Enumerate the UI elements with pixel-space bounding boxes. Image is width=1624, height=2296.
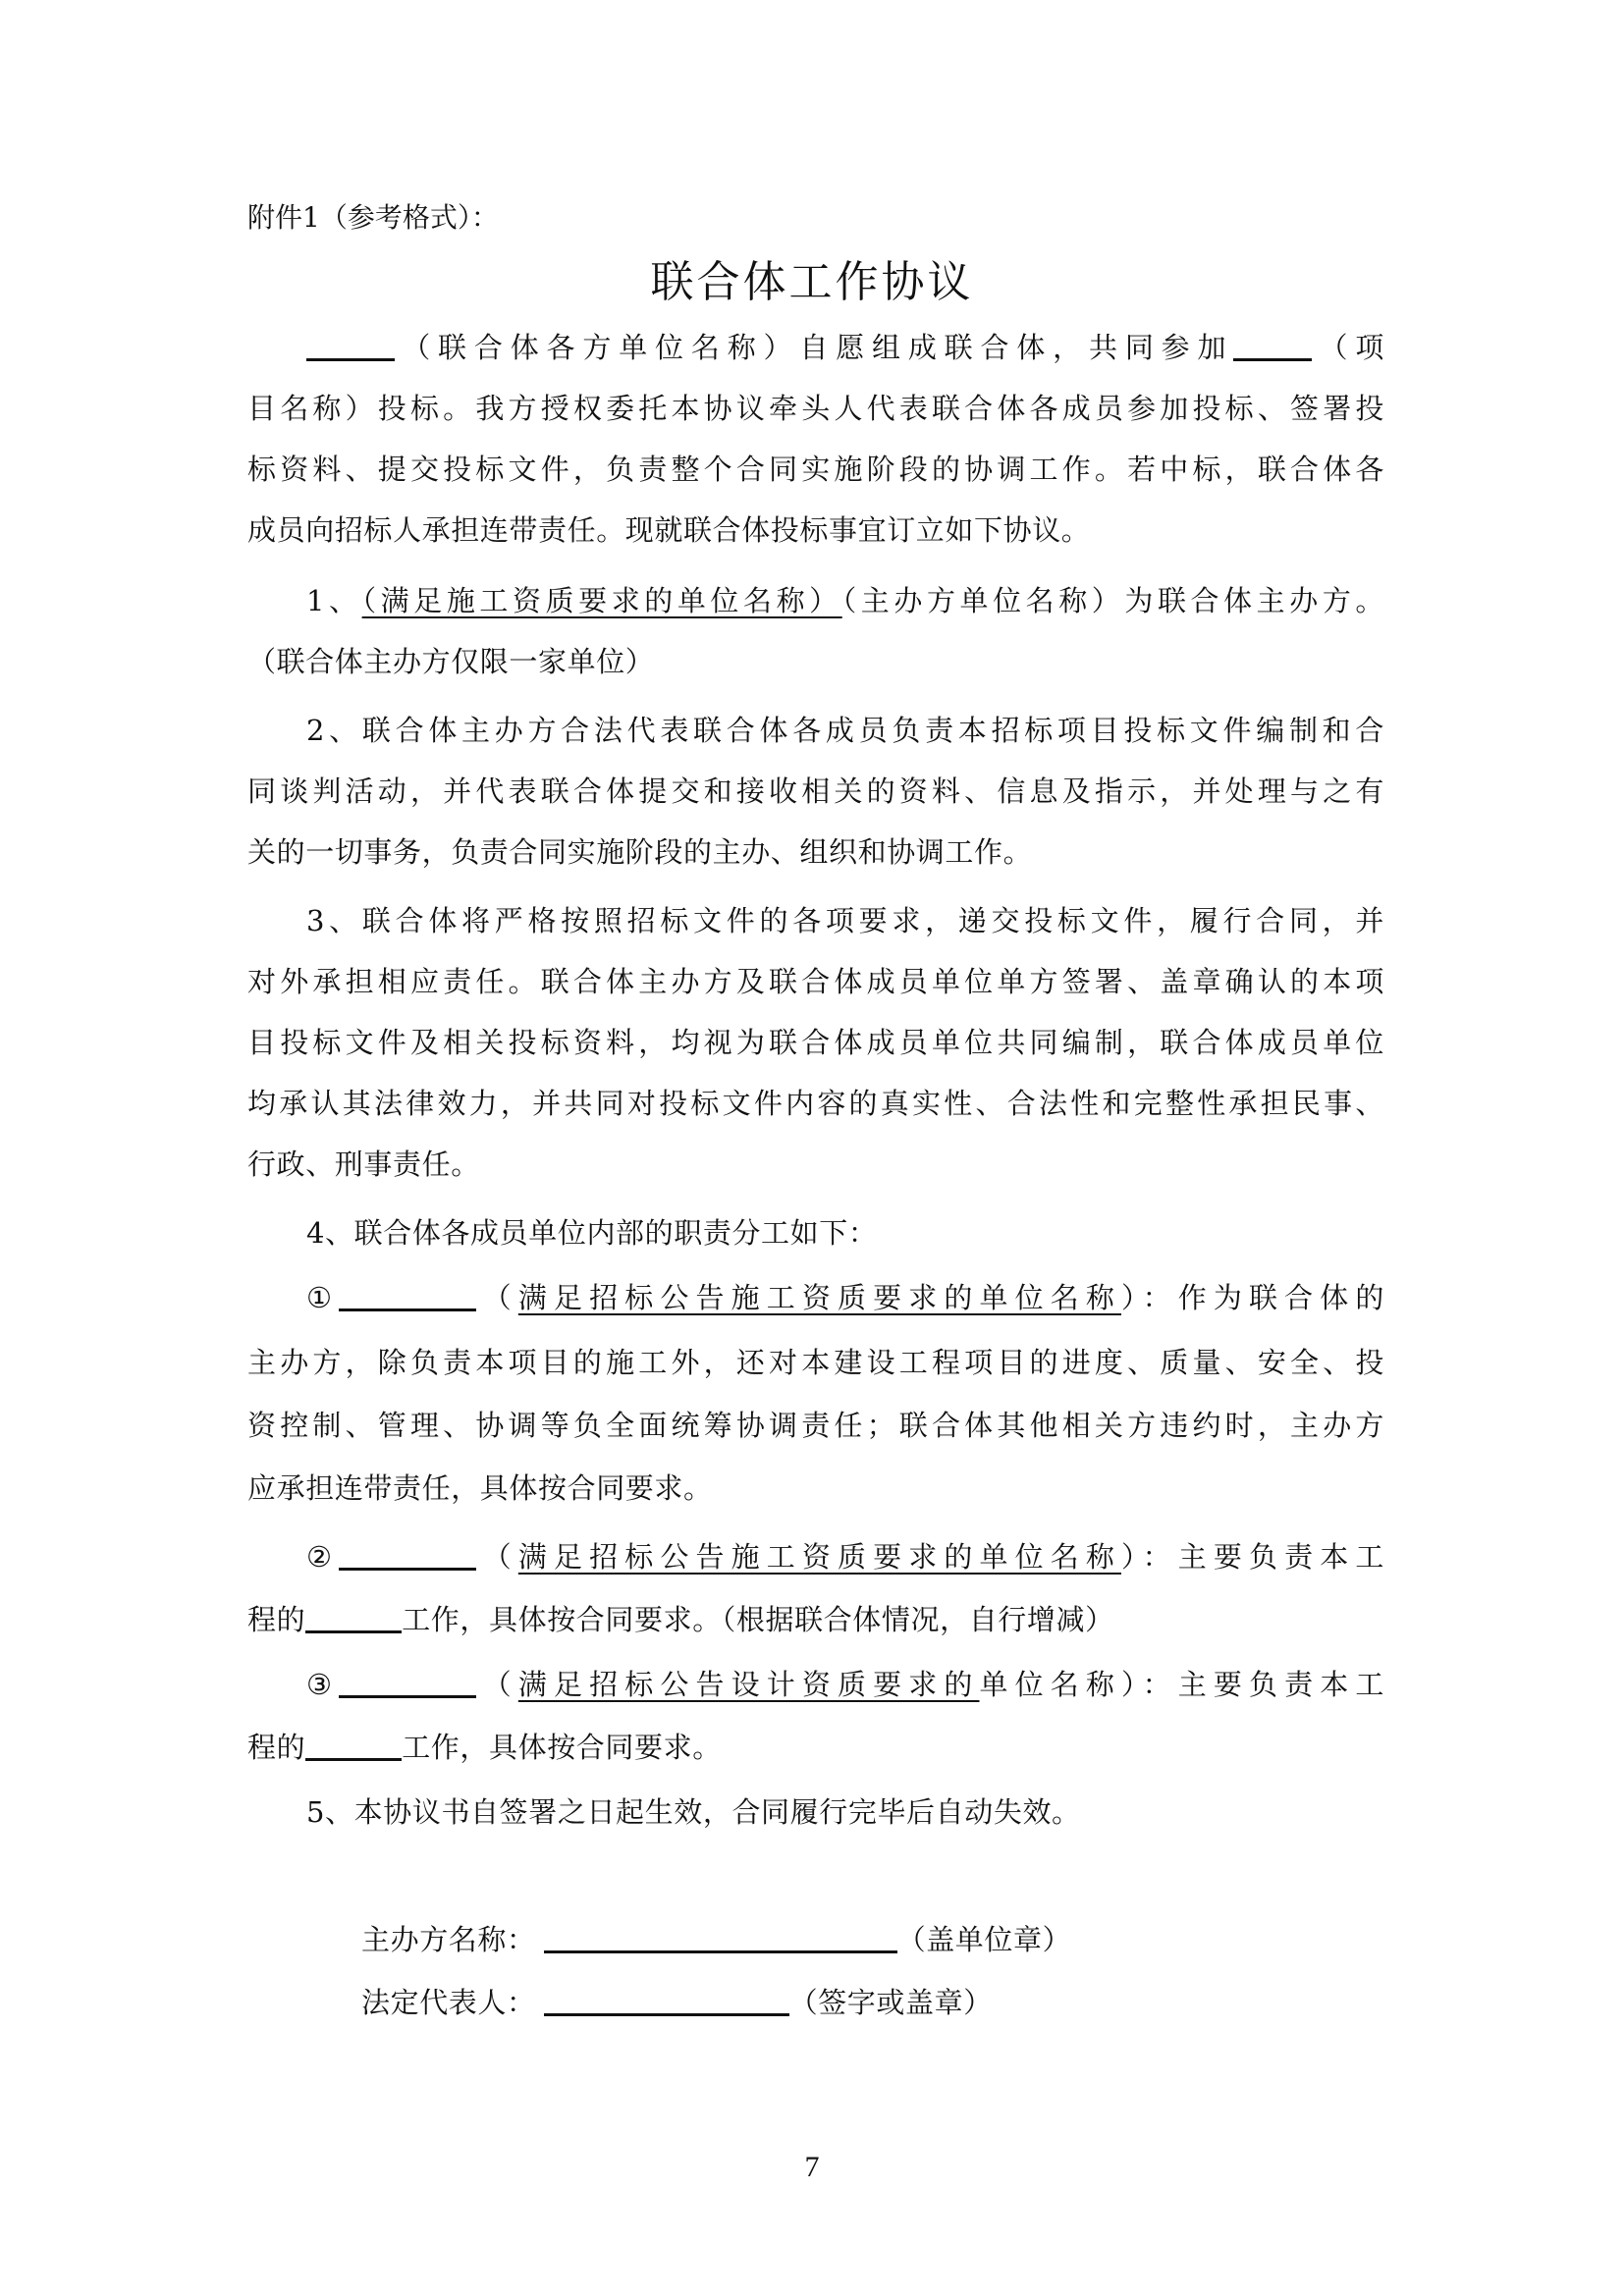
clause-1-underlined: （满足施工资质要求的单位名称） — [362, 584, 842, 617]
clause-3-line-3: 目投标文件及相关投标资料，均视为联合体成员单位共同编制，联合体成员单位 — [247, 1023, 1384, 1062]
legal-rep-field[interactable] — [544, 1984, 789, 2016]
page-number: 7 — [0, 2148, 1624, 2187]
intro-line-2: 目名称）投标。我方授权委托本协议牵头人代表联合体各成员参加投标、签署投 — [247, 389, 1384, 428]
host-name-field[interactable] — [544, 1921, 897, 1953]
document-page: 附件1（参考格式）： 联合体工作协议 （联合体各方单位名称）自愿组成联合体，共同… — [0, 0, 1624, 2296]
clause-4-item-3-line-1: ③（满足招标公告设计资质要求的单位名称）：主要负责本工 — [306, 1665, 1384, 1704]
blank-item-2-unit[interactable] — [339, 1538, 476, 1571]
clause-1-line-1: 1、（满足施工资质要求的单位名称）（主办方单位名称）为联合体主办方。 — [306, 581, 1384, 620]
clause-3-line-2: 对外承担相应责任。联合体主办方及联合体成员单位单方签署、盖章确认的本项 — [247, 962, 1384, 1001]
clause-4-item-1-line-2: 主办方，除负责本项目的施工外，还对本建设工程项目的进度、质量、安全、投 — [247, 1343, 1384, 1382]
clause-4-item-1-line-1: ①（满足招标公告施工资质要求的单位名称）：作为联合体的 — [306, 1278, 1384, 1317]
signature-legal-rep: 法定代表人：（签字或盖章） — [361, 1983, 993, 2022]
clause-4-item-2-line-2: 程的工作，具体按合同要求。（根据联合体情况，自行增减） — [247, 1600, 1384, 1639]
signature-host-name: 主办方名称：（盖单位章） — [361, 1920, 1071, 1959]
blank-item-2-work[interactable] — [305, 1601, 402, 1633]
document-title: 联合体工作协议 — [0, 253, 1624, 312]
clause-2-line-1: 2、联合体主办方合法代表联合体各成员负责本招标项目投标文件编制和合 — [306, 711, 1384, 750]
attachment-label: 附件1（参考格式）： — [247, 198, 1384, 238]
clause-4-heading: 4、联合体各成员单位内部的职责分工如下： — [306, 1213, 1384, 1253]
clause-3-line-1: 3、联合体将严格按照招标文件的各项要求，递交投标文件，履行合同，并 — [306, 901, 1384, 940]
intro-line-3: 标资料、提交投标文件，负责整个合同实施阶段的协调工作。若中标，联合体各 — [247, 450, 1384, 489]
clause-4-item-1-line-4: 应承担连带责任，具体按合同要求。 — [247, 1468, 1384, 1508]
clause-3-line-4: 均承认其法律效力，并共同对投标文件内容的真实性、合法性和完整性承担民事、 — [247, 1084, 1384, 1123]
clause-2-line-2: 同谈判活动，并代表联合体提交和接收相关的资料、信息及指示，并处理与之有 — [247, 772, 1384, 811]
blank-member-names[interactable] — [306, 329, 395, 361]
clause-4-item-2-line-1: ②（满足招标公告施工资质要求的单位名称）：主要负责本工 — [306, 1537, 1384, 1576]
blank-item-3-work[interactable] — [305, 1729, 402, 1761]
blank-project-name[interactable] — [1233, 329, 1312, 361]
clause-2-line-3: 关的一切事务，负责合同实施阶段的主办、组织和协调工作。 — [247, 832, 1384, 872]
blank-item-3-unit[interactable] — [339, 1666, 476, 1698]
clause-3-line-5: 行政、刑事责任。 — [247, 1145, 1384, 1184]
clause-5-line-1: 5、本协议书自签署之日起生效，合同履行完毕后自动失效。 — [306, 1792, 1384, 1832]
clause-4-item-3-line-2: 程的工作，具体按合同要求。 — [247, 1728, 1384, 1767]
clause-1-line-2: （联合体主办方仅限一家单位） — [247, 642, 1384, 681]
intro-line-4: 成员向招标人承担连带责任。现就联合体投标事宜订立如下协议。 — [247, 510, 1384, 550]
intro-line-1: （联合体各方单位名称）自愿组成联合体，共同参加（项 — [306, 328, 1384, 367]
clause-4-item-1-line-3: 资控制、管理、协调等负全面统筹协调责任；联合体其他相关方违约时，主办方 — [247, 1406, 1384, 1445]
blank-item-1-unit[interactable] — [339, 1279, 476, 1311]
